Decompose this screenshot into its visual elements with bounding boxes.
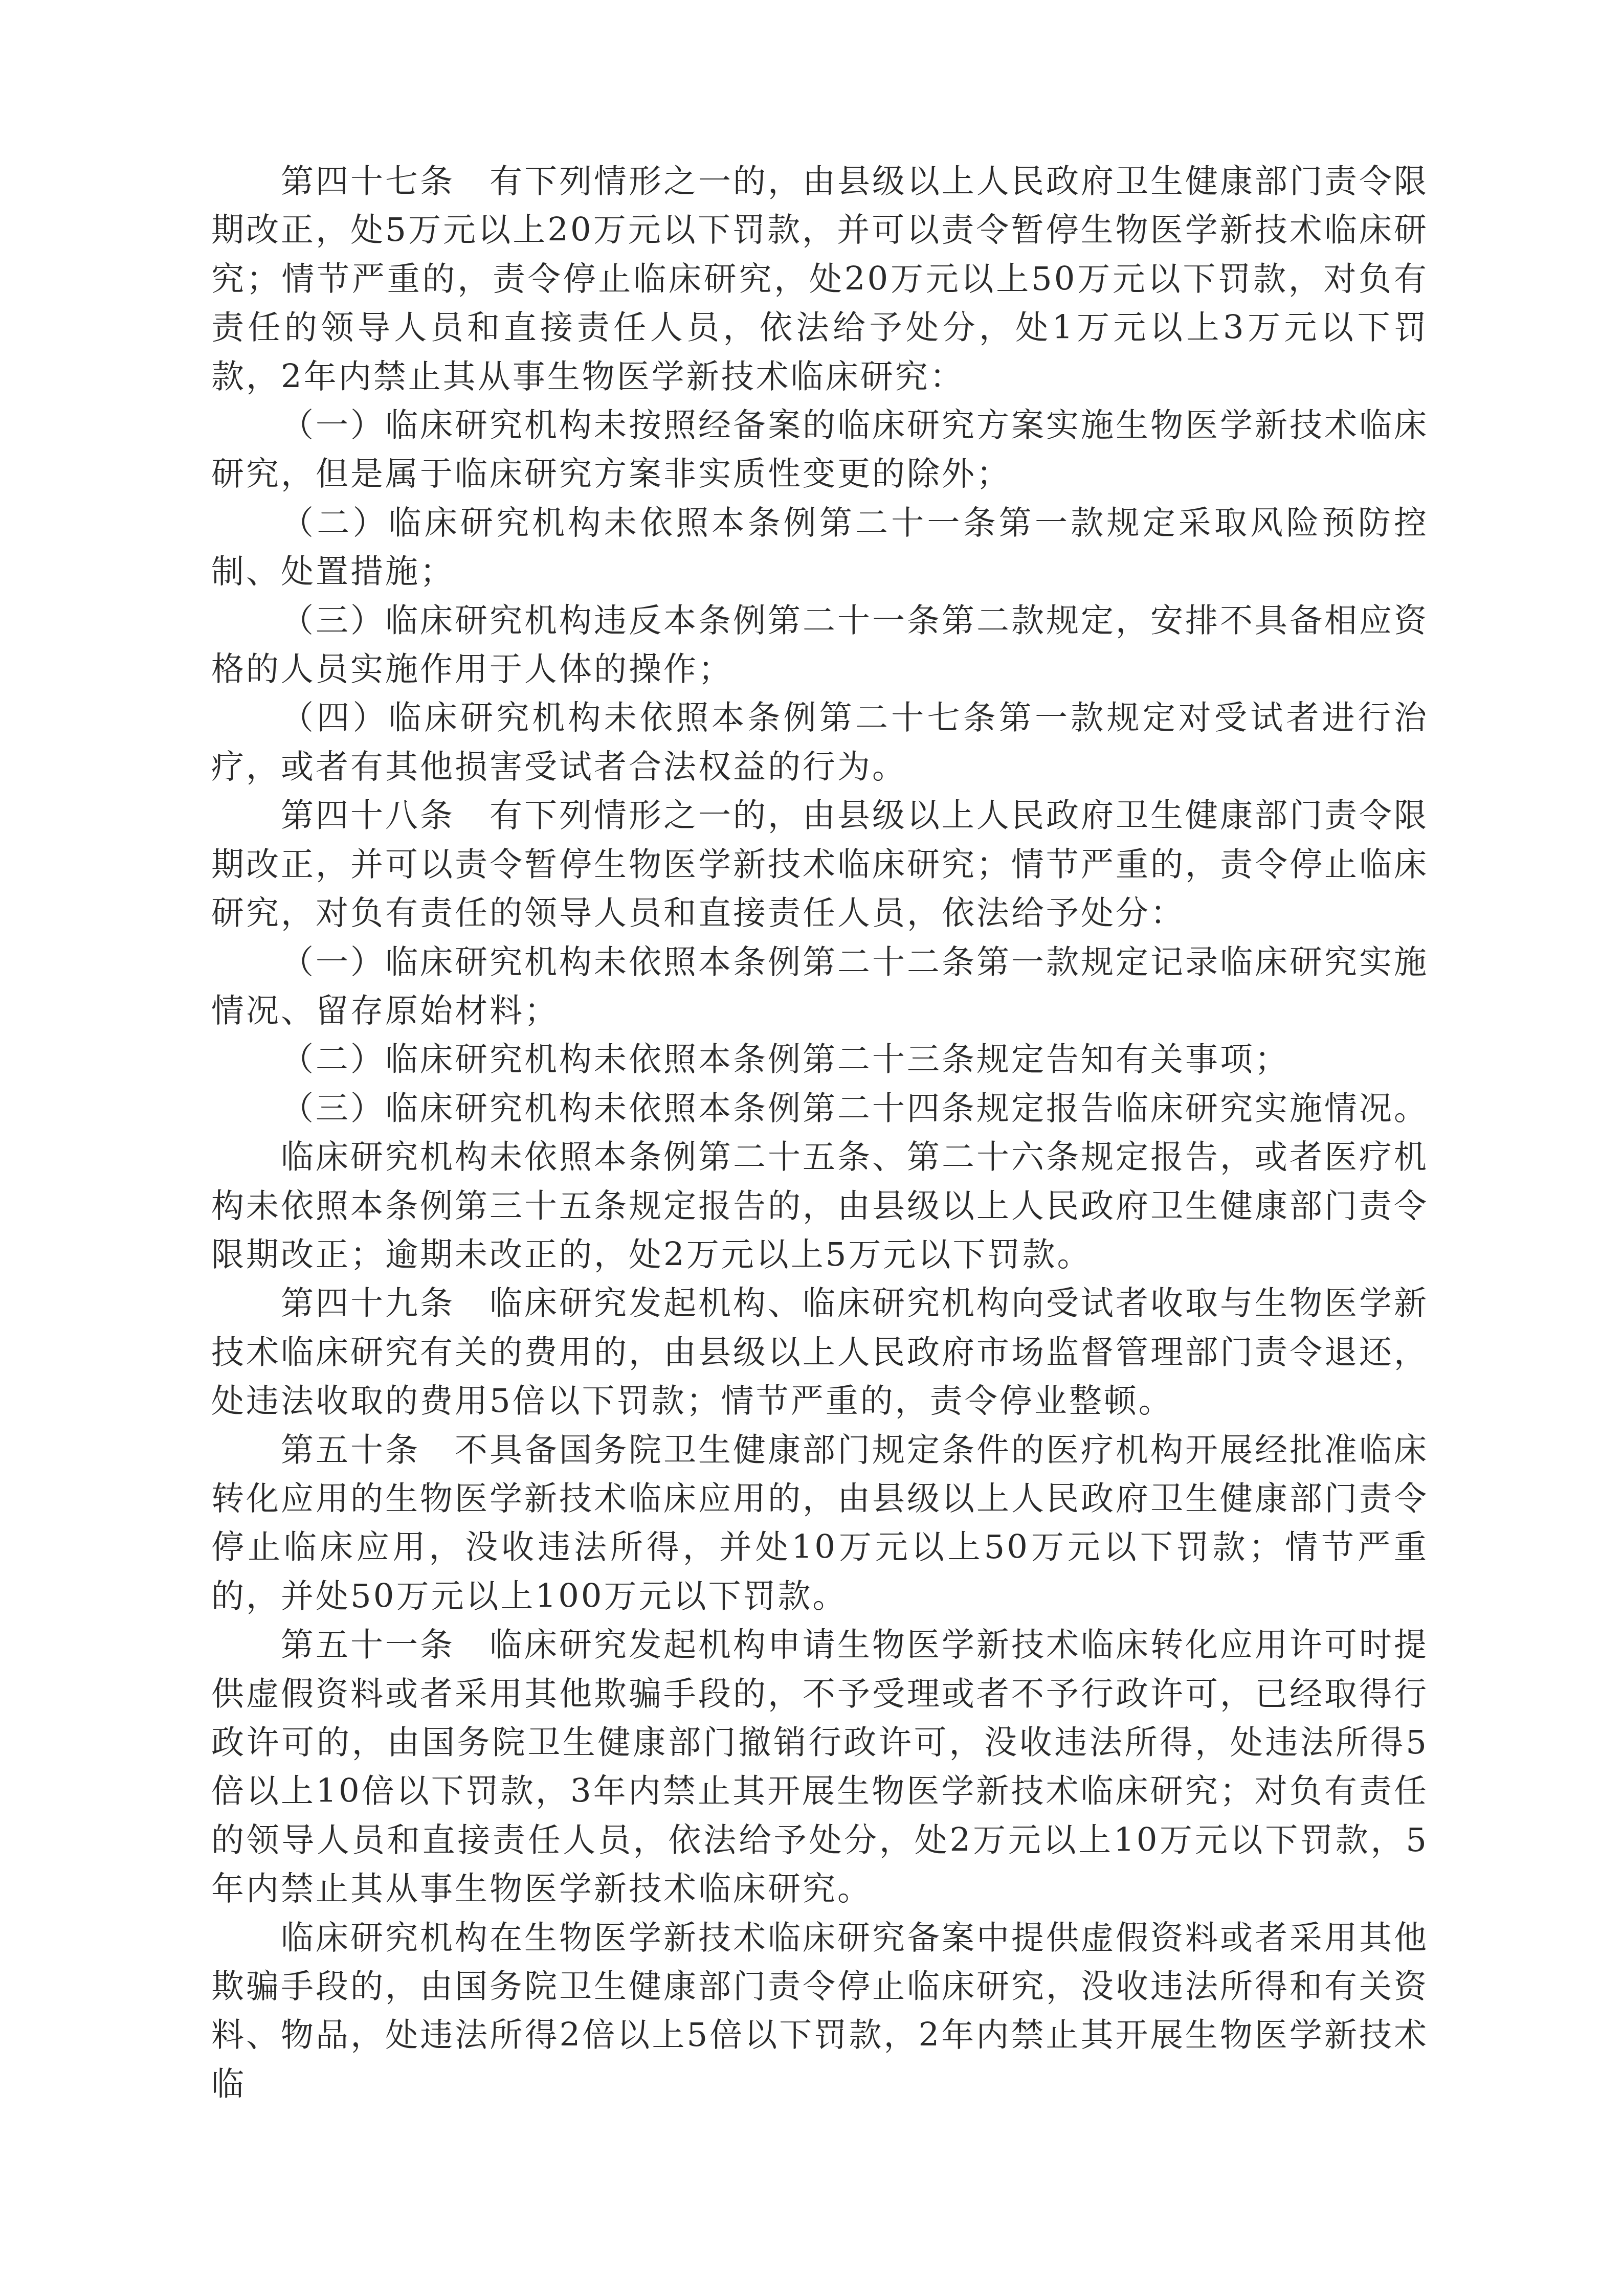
document-text-block: 第四十七条 有下列情形之一的，由县级以上人民政府卫生健康部门责令限期改正，处5万… — [211, 157, 1429, 2109]
article-48-item-2: （二）临床研究机构未依照本条例第二十三条规定告知有关事项； — [211, 1036, 1429, 1084]
article-48-paragraph: 第四十八条 有下列情形之一的，由县级以上人民政府卫生健康部门责令限期改正，并可以… — [211, 792, 1429, 938]
article-47-item-4: （四）临床研究机构未依照本条例第二十七条第一款规定对受试者进行治疗，或者有其他损… — [211, 694, 1429, 792]
article-48-closing-paragraph: 临床研究机构未依照本条例第二十五条、第二十六条规定报告，或者医疗机构未依照本条例… — [211, 1133, 1429, 1279]
article-48-item-3: （三）临床研究机构未依照本条例第二十四条规定报告临床研究实施情况。 — [211, 1085, 1429, 1133]
article-51-paragraph: 第五十一条 临床研究发起机构申请生物医学新技术临床转化应用许可时提供虚假资料或者… — [211, 1621, 1429, 1914]
article-47-item-2: （二）临床研究机构未依照本条例第二十一条第一款规定采取风险预防控制、处置措施； — [211, 499, 1429, 597]
article-47-item-1: （一）临床研究机构未按照经备案的临床研究方案实施生物医学新技术临床研究，但是属于… — [211, 401, 1429, 499]
document-page: 第四十七条 有下列情形之一的，由县级以上人民政府卫生健康部门责令限期改正，处5万… — [0, 0, 1623, 2296]
article-51-second-paragraph: 临床研究机构在生物医学新技术临床研究备案中提供虚假资料或者采用其他欺骗手段的，由… — [211, 1914, 1429, 2109]
article-50-paragraph: 第五十条 不具备国务院卫生健康部门规定条件的医疗机构开展经批准临床转化应用的生物… — [211, 1426, 1429, 1622]
article-48-item-1: （一）临床研究机构未依照本条例第二十二条第一款规定记录临床研究实施情况、留存原始… — [211, 938, 1429, 1036]
article-47-paragraph: 第四十七条 有下列情形之一的，由县级以上人民政府卫生健康部门责令限期改正，处5万… — [211, 157, 1429, 401]
article-47-item-3: （三）临床研究机构违反本条例第二十一条第二款规定，安排不具备相应资格的人员实施作… — [211, 597, 1429, 694]
article-49-paragraph: 第四十九条 临床研究发起机构、临床研究机构向受试者收取与生物医学新技术临床研究有… — [211, 1279, 1429, 1426]
